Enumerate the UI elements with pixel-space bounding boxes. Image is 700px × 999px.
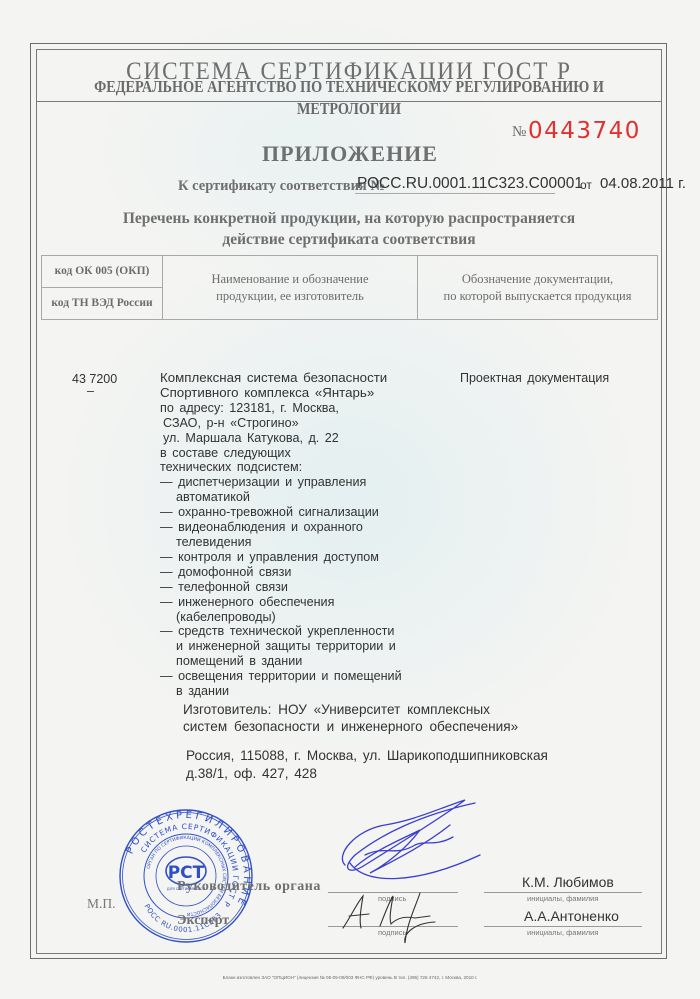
expert-signature bbox=[335, 888, 445, 948]
form-printer-note: Бланк изготовлен ЗАО "ОПЦИОН" (лицензия … bbox=[0, 975, 700, 980]
header-documentation: Обозначение документации, по которой вып… bbox=[418, 256, 658, 320]
subsystem-item: — средств технической укрепленностии инж… bbox=[160, 624, 430, 669]
stamp-place-mark: М.П. bbox=[87, 896, 116, 912]
product-description: Комплексная система безопасности Спортив… bbox=[160, 371, 430, 699]
certificate-label: К сертификату соответствия № bbox=[178, 178, 385, 195]
header-product-name: Наименование и обозначение продукции, ее… bbox=[163, 256, 418, 320]
head-name: К.М. Любимов bbox=[522, 874, 614, 890]
header-code-tnved: код ТН ВЭД России bbox=[42, 288, 163, 320]
subsystem-item: — видеонаблюдения и охранноготелевидения bbox=[160, 520, 430, 550]
head-name-caption: инициалы, фамилия bbox=[527, 894, 598, 903]
expert-role-label: Эксперт bbox=[177, 913, 229, 929]
list-heading-line2: действие сертификата соответствия bbox=[36, 229, 662, 250]
documentation-value: Проектная документация bbox=[460, 371, 609, 385]
head-signature bbox=[325, 795, 485, 890]
subsystem-item: — инженерного обеспечения(кабелепроводы) bbox=[160, 595, 430, 625]
certificate-date-prefix: от bbox=[580, 178, 592, 192]
certificate-number-underline bbox=[355, 193, 555, 194]
header-code-okp: код ОК 005 (ОКП) bbox=[42, 256, 163, 288]
subsystem-item: — телефонной связи bbox=[160, 580, 430, 595]
manufacturer-address: Россия, 115088, г. Москва, ул. Шарикопод… bbox=[186, 747, 548, 783]
expert-name-caption: инициалы, фамилия bbox=[527, 928, 598, 937]
subsystem-list: — диспетчеризации и управленияавтоматико… bbox=[160, 475, 430, 699]
list-heading-line1: Перечень конкретной продукции, на котору… bbox=[36, 208, 662, 229]
form-number-label: № bbox=[512, 124, 526, 141]
head-name-line bbox=[484, 892, 642, 893]
subsystem-item: — диспетчеризации и управленияавтоматико… bbox=[160, 475, 430, 505]
expert-name-line bbox=[484, 926, 642, 927]
list-heading: Перечень конкретной продукции, на котору… bbox=[36, 208, 662, 250]
subsystem-item: — освещения территории и помещенийв здан… bbox=[160, 669, 430, 699]
appendix-title: ПРИЛОЖЕНИЕ bbox=[0, 141, 700, 167]
expert-name: А.А.Антоненко bbox=[524, 908, 619, 924]
okp-code: 43 7200 bbox=[72, 372, 117, 386]
certificate-number: РОСС.RU.0001.11С323.С00001 bbox=[357, 175, 583, 193]
subsystem-item: — охранно-тревожной сигнализации bbox=[160, 505, 430, 520]
subsystem-item: — домофонной связи bbox=[160, 565, 430, 580]
subsystem-item: — контроля и управления доступом bbox=[160, 550, 430, 565]
certificate-date: 04.08.2011 г. bbox=[600, 175, 686, 192]
column-header-table: код ОК 005 (ОКП) Наименование и обозначе… bbox=[41, 255, 658, 320]
head-role-label: Руководитель органа bbox=[177, 879, 321, 895]
tnved-code: – bbox=[87, 384, 94, 398]
agency-title: ФЕДЕРАЛЬНОЕ АГЕНТСТВО ПО ТЕХНИЧЕСКОМУ РЕ… bbox=[80, 76, 618, 120]
manufacturer: Изготовитель: НОУ «Университет комплексн… bbox=[183, 702, 518, 735]
